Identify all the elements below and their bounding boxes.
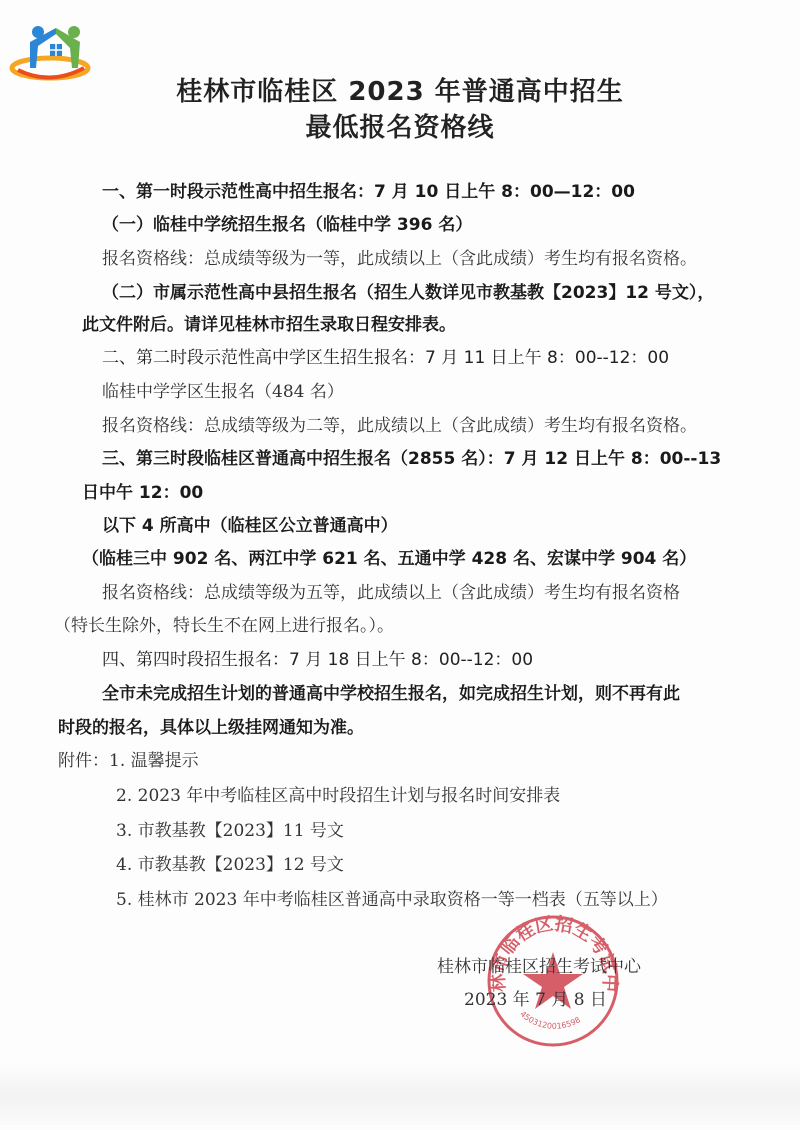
signature-organization: 桂林市临桂区招生考试中心	[437, 955, 641, 979]
section-2-requirement: 报名资格线：总成绩等级为二等，此成绩以上（含此成绩）考生均有报名资格。	[102, 414, 697, 438]
attachment-item: 4. 市教基教【2023】12 号文	[116, 853, 344, 877]
attachment-item: 1. 温馨提示	[109, 751, 199, 771]
section-4-heading: 四、第四时段招生报名：7 月 18 日上午 8：00--12：00	[102, 648, 533, 672]
section-1-heading: 一、第一时段示范性高中招生报名：7 月 10 日上午 8：00—12：00	[102, 180, 635, 204]
section-1-sub-2-line-1: （二）市属示范性高中县招生报名（招生人数详见市教基教【2023】12 号文），	[102, 281, 714, 305]
section-1-sub-1-requirement: 报名资格线：总成绩等级为一等，此成绩以上（含此成绩）考生均有报名资格。	[102, 247, 697, 271]
scan-artifact	[0, 1065, 800, 1125]
house-family-logo-icon	[8, 20, 92, 82]
signature-date: 2023 年 7 月 8 日	[464, 988, 607, 1012]
attachment-item: 2. 2023 年中考临桂区高中时段招生计划与报名时间安排表	[116, 784, 560, 808]
official-seal-icon: 桂林市临桂区招生考试中心 4503120016598	[484, 912, 622, 1050]
section-3-heading-line-2: 日中午 12：00	[82, 481, 203, 505]
section-1-sub-2-line-2: 此文件附后。请详见桂林市招生录取日程安排表。	[82, 313, 456, 337]
attachments-label: 附件：1. 温馨提示	[58, 749, 199, 773]
section-3-requirement-line-1: 报名资格线：总成绩等级为五等，此成绩以上（含此成绩）考生均有报名资格	[102, 581, 680, 605]
section-4-body-line-2: 时段的报名，具体以上级挂网通知为准。	[58, 716, 364, 740]
section-4-body-line-1: 全市未完成招生计划的普通高中学校招生报名，如完成招生计划，则不再有此	[102, 682, 680, 706]
section-3-requirement-line-2: （特长生除外，特长生不在网上进行报名。）。	[54, 614, 394, 638]
section-2-sub: 临桂中学学区生报名（484 名）	[102, 380, 344, 404]
section-3-sub: 以下 4 所高中（临桂区公立普通高中）	[102, 514, 398, 538]
attachment-item: 3. 市教基教【2023】11 号文	[116, 819, 344, 843]
document-title: 桂林市临桂区 2023 年普通高中招生 最低报名资格线	[0, 74, 800, 146]
attachment-item: 5. 桂林市 2023 年中考临桂区普通高中录取资格一等一档表（五等以上）	[116, 888, 668, 912]
section-1-sub-1: （一）临桂中学统招生报名（临桂中学 396 名）	[102, 213, 472, 237]
section-3-schools: （临桂三中 902 名、两江中学 621 名、五通中学 428 名、宏谋中学 9…	[82, 547, 696, 571]
document-page: 桂林市临桂区 2023 年普通高中招生 最低报名资格线 一、第一时段示范性高中招…	[0, 0, 800, 1130]
title-line-2: 最低报名资格线	[0, 110, 800, 146]
section-3-heading-line-1: 三、第三时段临桂区普通高中招生报名（2855 名）：7 月 12 日上午 8：0…	[102, 447, 721, 471]
section-2-heading: 二、第二时段示范性高中学区生招生报名：7 月 11 日上午 8：00--12：0…	[102, 346, 669, 370]
svg-text:4503120016598: 4503120016598	[518, 1009, 582, 1030]
title-line-1: 桂林市临桂区 2023 年普通高中招生	[0, 74, 800, 110]
